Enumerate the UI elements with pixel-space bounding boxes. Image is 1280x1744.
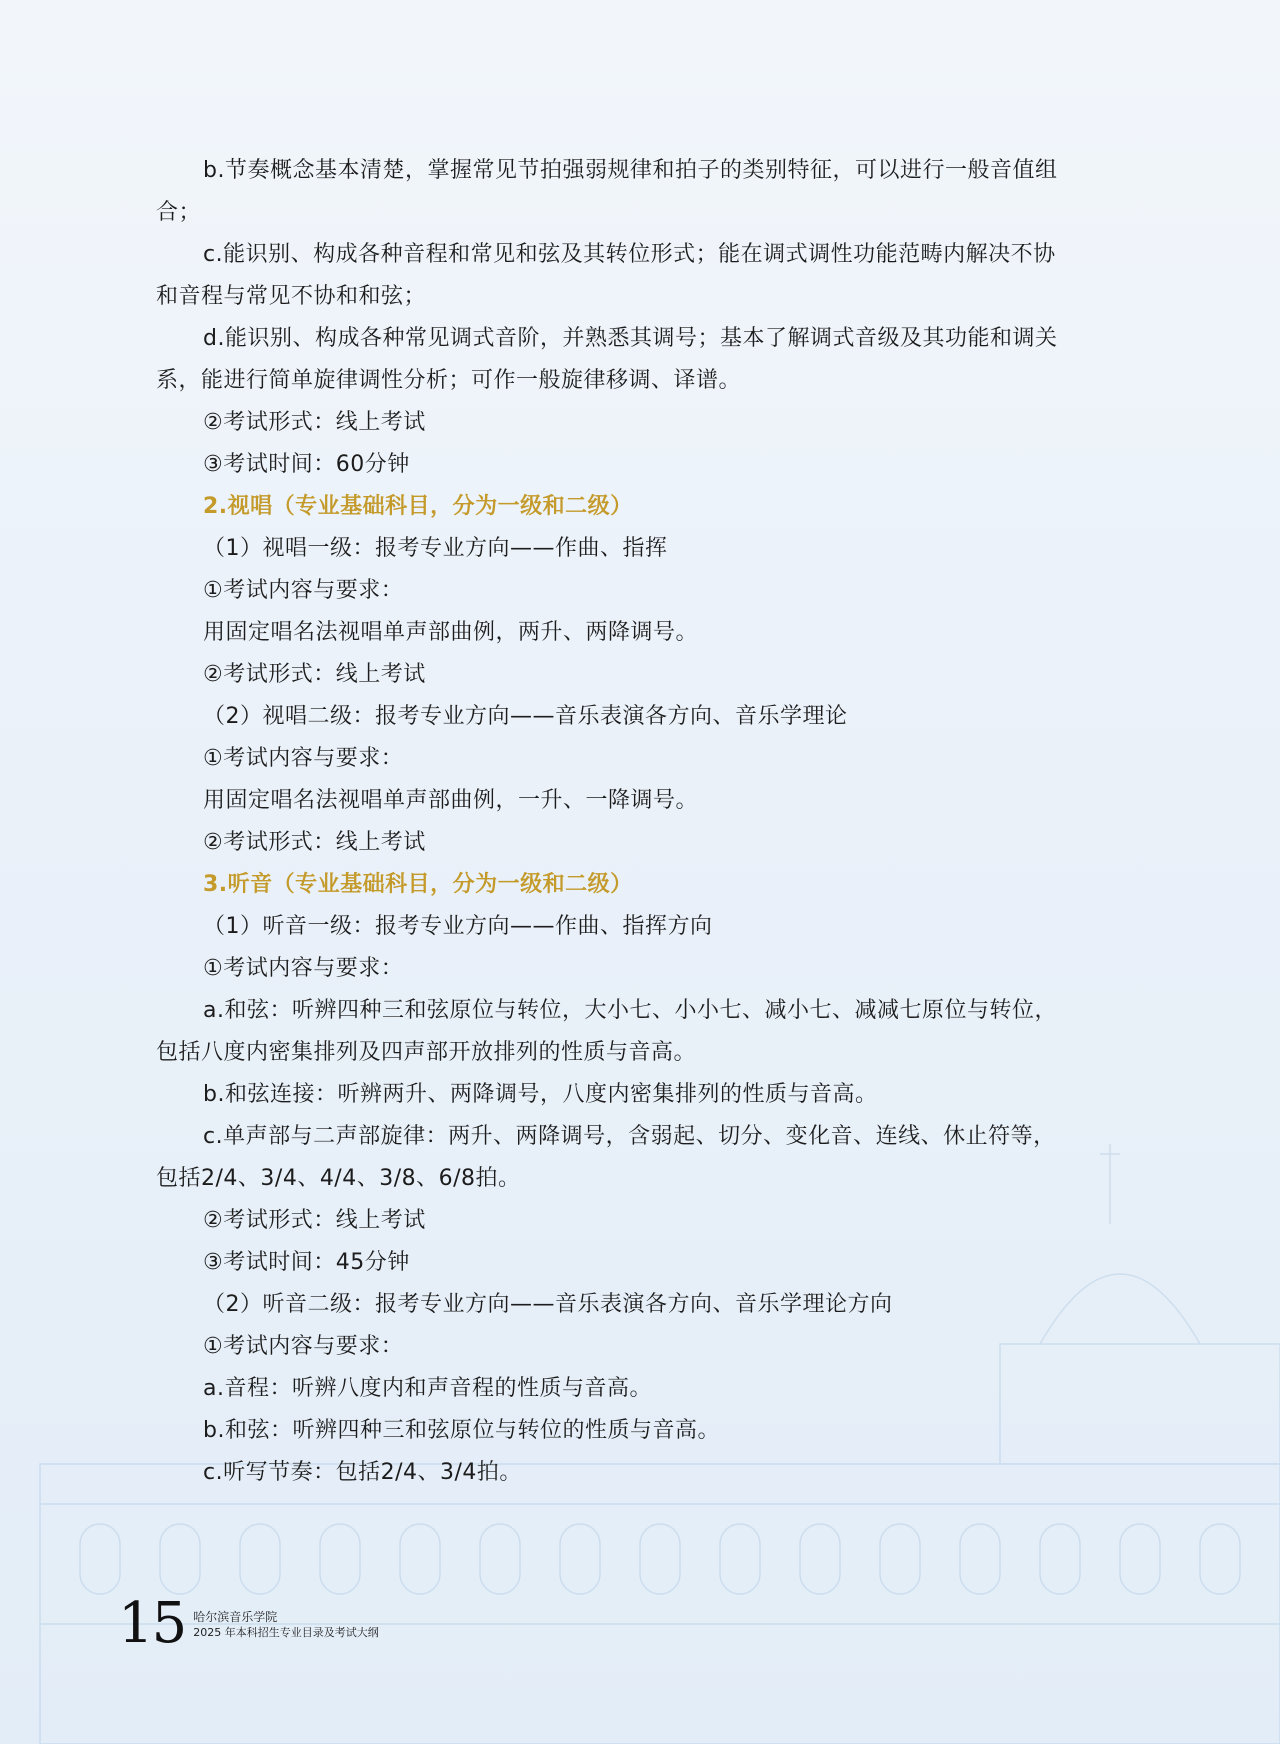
text-line: （1）视唱一级：报考专业方向——作曲、指挥	[156, 528, 1146, 570]
text-line: 包括2/4、3/4、4/4、3/8、6/8拍。	[156, 1158, 1146, 1200]
document-body: b.节奏概念基本清楚，掌握常见节拍强弱规律和拍子的类别特征，可以进行一般音值组合…	[156, 150, 1146, 1494]
text-line: ①考试内容与要求：	[156, 1326, 1146, 1368]
text-line: ②考试形式：线上考试	[156, 402, 1146, 444]
text-line: 用固定唱名法视唱单声部曲例，两升、两降调号。	[156, 612, 1146, 654]
text-line: ③考试时间：45分钟	[156, 1242, 1146, 1284]
text-line: 用固定唱名法视唱单声部曲例，一升、一降调号。	[156, 780, 1146, 822]
text-line: 系，能进行简单旋律调性分析；可作一般旋律移调、译谱。	[156, 360, 1146, 402]
text-line: b.和弦连接：听辨两升、两降调号，八度内密集排列的性质与音高。	[156, 1074, 1146, 1116]
school-name: 哈尔滨音乐学院	[193, 1609, 379, 1625]
text-line: c.听写节奏：包括2/4、3/4拍。	[156, 1452, 1146, 1494]
text-line: ②考试形式：线上考试	[156, 1200, 1146, 1242]
text-line: 和音程与常见不协和和弦；	[156, 276, 1146, 318]
page-footer: 15 哈尔滨音乐学院 2025 年本科招生专业目录及考试大纲	[118, 1596, 379, 1652]
text-line: ②考试形式：线上考试	[156, 822, 1146, 864]
text-line: 合；	[156, 192, 1146, 234]
document-subtitle: 2025 年本科招生专业目录及考试大纲	[193, 1625, 379, 1640]
section-heading: 3.听音（专业基础科目，分为一级和二级）	[156, 864, 1146, 906]
text-line: ③考试时间：60分钟	[156, 444, 1146, 486]
text-line: b.和弦：听辨四种三和弦原位与转位的性质与音高。	[156, 1410, 1146, 1452]
text-line: ①考试内容与要求：	[156, 570, 1146, 612]
text-line: c.单声部与二声部旋律：两升、两降调号，含弱起、切分、变化音、连线、休止符等，	[156, 1116, 1146, 1158]
text-line: （1）听音一级：报考专业方向——作曲、指挥方向	[156, 906, 1146, 948]
text-line: （2）视唱二级：报考专业方向——音乐表演各方向、音乐学理论	[156, 696, 1146, 738]
text-line: c.能识别、构成各种音程和常见和弦及其转位形式；能在调式调性功能范畴内解决不协	[156, 234, 1146, 276]
text-line: （2）听音二级：报考专业方向——音乐表演各方向、音乐学理论方向	[156, 1284, 1146, 1326]
section-heading: 2.视唱（专业基础科目，分为一级和二级）	[156, 486, 1146, 528]
text-line: ①考试内容与要求：	[156, 738, 1146, 780]
page-number: 15	[118, 1596, 185, 1652]
text-line: a.和弦：听辨四种三和弦原位与转位，大小七、小小七、减小七、减减七原位与转位，	[156, 990, 1146, 1032]
text-line: ①考试内容与要求：	[156, 948, 1146, 990]
text-line: ②考试形式：线上考试	[156, 654, 1146, 696]
text-line: 包括八度内密集排列及四声部开放排列的性质与音高。	[156, 1032, 1146, 1074]
text-line: b.节奏概念基本清楚，掌握常见节拍强弱规律和拍子的类别特征，可以进行一般音值组	[156, 150, 1146, 192]
text-line: d.能识别、构成各种常见调式音阶，并熟悉其调号；基本了解调式音级及其功能和调关	[156, 318, 1146, 360]
text-line: a.音程：听辨八度内和声音程的性质与音高。	[156, 1368, 1146, 1410]
